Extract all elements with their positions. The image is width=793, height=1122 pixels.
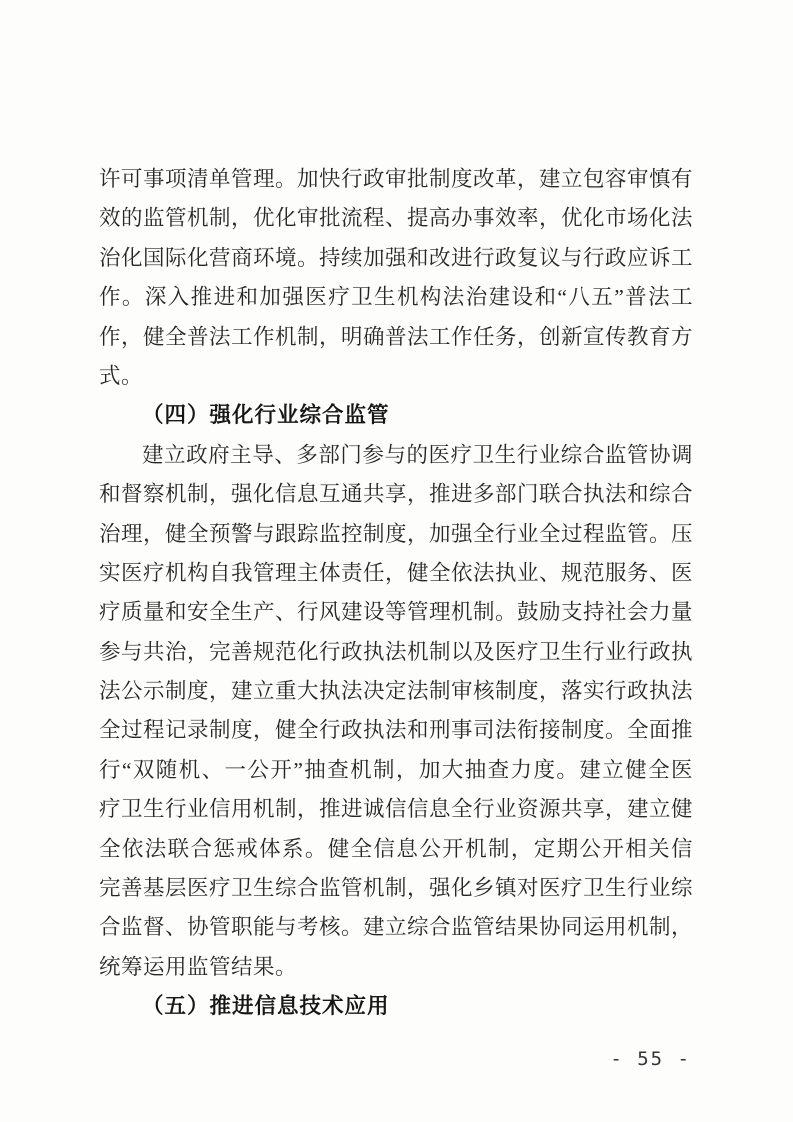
body-line: 治化国际化营商环境。持续加强和改进行政复议与行政应诉工 bbox=[99, 239, 693, 278]
body-line: 疗卫生行业信用机制，推进诚信信息全行业资源共享，建立健 bbox=[99, 790, 693, 829]
document-page: 许可事项清单管理。加快行政审批制度改革，建立包容审慎有 效的监管机制，优化审批流… bbox=[0, 0, 793, 1122]
body-line: 作。深入推进和加强医疗卫生机构法治建设和“八五”普法工 bbox=[99, 278, 693, 317]
body-line: 和督察机制，强化信息互通共享，推进多部门联合执法和综合 bbox=[99, 475, 693, 514]
body-line: 效的监管机制，优化审批流程、提高办事效率，优化市场化法 bbox=[99, 199, 693, 238]
body-line: 全依法联合惩戒体系。健全信息公开机制，定期公开相关信息。 bbox=[99, 830, 693, 869]
body-line: 治理，健全预警与跟踪监控制度，加强全行业全过程监管。压 bbox=[99, 515, 693, 554]
body-line-paragraph-end: 式。 bbox=[99, 357, 693, 396]
body-line: 实医疗机构自我管理主体责任，健全依法执业、规范服务、医 bbox=[99, 554, 693, 593]
text-block: 许可事项清单管理。加快行政审批制度改革，建立包容审慎有 效的监管机制，优化审批流… bbox=[99, 160, 693, 1027]
body-line: 全过程记录制度，健全行政执法和刑事司法衔接制度。全面推 bbox=[99, 711, 693, 750]
section-heading-4: （四）强化行业综合监管 bbox=[99, 396, 693, 435]
body-line: 法公示制度，建立重大执法决定法制审核制度，落实行政执法 bbox=[99, 672, 693, 711]
body-line: 作，健全普法工作机制，明确普法工作任务，创新宣传教育方 bbox=[99, 318, 693, 357]
body-line-paragraph-start: 建立政府主导、多部门参与的医疗卫生行业综合监管协调 bbox=[99, 436, 693, 475]
body-line-paragraph-end: 统筹运用监管结果。 bbox=[99, 948, 693, 987]
body-line: 完善基层医疗卫生综合监管机制，强化乡镇对医疗卫生行业综 bbox=[99, 869, 693, 908]
body-line: 合监督、协管职能与考核。建立综合监管结果协同运用机制， bbox=[99, 908, 693, 947]
page-number: - 55 - bbox=[610, 1047, 691, 1071]
section-heading-5: （五）推进信息技术应用 bbox=[99, 987, 693, 1026]
body-line: 许可事项清单管理。加快行政审批制度改革，建立包容审慎有 bbox=[99, 160, 693, 199]
body-line: 行“双随机、一公开”抽查机制，加大抽查力度。建立健全医 bbox=[99, 751, 693, 790]
body-line: 疗质量和安全生产、行风建设等管理机制。鼓励支持社会力量 bbox=[99, 593, 693, 632]
body-line: 参与共治，完善规范化行政执法机制以及医疗卫生行业行政执 bbox=[99, 633, 693, 672]
